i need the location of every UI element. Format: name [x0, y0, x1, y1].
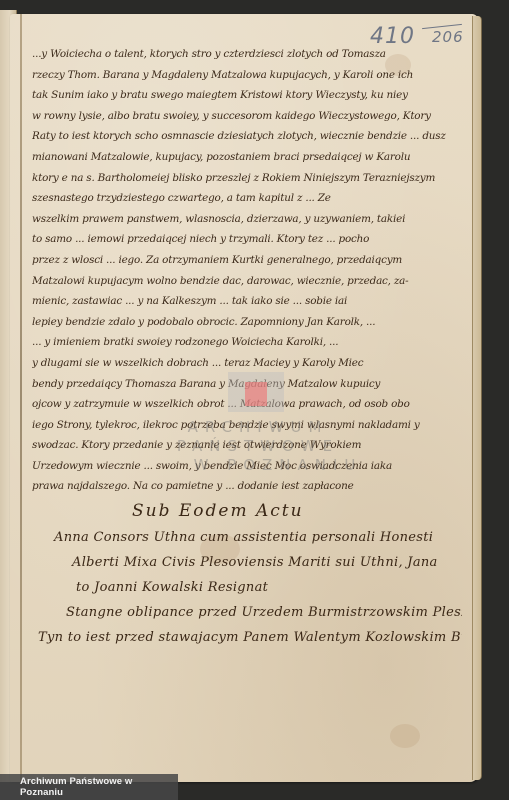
text-line: mienic, zastawiac ... y na Kalkeszym ...… — [32, 291, 462, 312]
text-line: mianowani Matzalowie, kupujacy, pozostan… — [32, 147, 462, 168]
entry-block: Anna Consors Uthna cum assistentia perso… — [32, 525, 462, 650]
text-line: lepiey bendzie zdalo y podobalo obrocic.… — [32, 312, 462, 333]
text-line: y dlugami sie w wszelkich dobrach ... te… — [32, 353, 462, 374]
text-line: Matzalowi kupujacym wolno bendzie dac, d… — [32, 271, 462, 292]
text-line: szesnastego trzydziestego czwartego, a t… — [32, 188, 462, 209]
text-line: iego Strony, tylekroc, ilekroc potrzeba … — [32, 415, 462, 436]
archive-credit-bar: Archiwum Państwowe w Poznaniu — [0, 774, 178, 800]
document-viewer: 410 206 ...y Woiciecha o talent, ktorych… — [0, 0, 509, 800]
entry-line: Tyn to iest przed stawajacym Panem Walen… — [32, 625, 462, 650]
text-line: to samo ... iemowi przedaiqcej niech y t… — [32, 229, 462, 250]
text-line: wszelkim prawem panstwem, wlasnoscia, dz… — [32, 209, 462, 230]
entry-line: Anna Consors Uthna cum assistentia perso… — [32, 525, 462, 550]
text-line: Raty to iest ktorych scho osmnascie dzie… — [32, 126, 462, 147]
text-line: tak Sunim iako y bratu swego maiegtem Kr… — [32, 85, 462, 106]
section-heading: Sub Eodem Actu — [32, 497, 462, 525]
text-line: rzeczy Thom. Barana y Magdaleny Matzalow… — [32, 65, 462, 86]
text-line: swodzac. Ktory przedanie y zeznanie iest… — [32, 435, 462, 456]
paper-stain — [390, 724, 420, 748]
viewer-position-marker[interactable] — [245, 382, 267, 406]
text-line: ... y imieniem bratki swoiey rodzonego W… — [32, 332, 462, 353]
text-line: ...y Woiciecha o talent, ktorych stro y … — [32, 44, 462, 65]
text-line: ktory e na s. Bartholomeiej blisko przes… — [32, 168, 462, 189]
entry-line: to Joanni Kowalski Resignat — [32, 575, 462, 600]
page-stack-edge — [472, 16, 482, 780]
text-line: prawa najdalszego. Na co pamietne y ... … — [32, 476, 462, 497]
text-line: przez z wlosci ... iego. Za otrzymaniem … — [32, 250, 462, 271]
binding-gutter — [20, 14, 22, 782]
text-line: w rowny lysie, albo bratu swoiey, y succ… — [32, 106, 462, 127]
entry-line: Alberti Mixa Civis Plesoviensis Mariti s… — [32, 550, 462, 575]
manuscript-text: ...y Woiciecha o talent, ktorych stro y … — [32, 44, 462, 650]
entry-line: Stangne oblipance przed Urzedem Burmistr… — [32, 600, 462, 625]
archive-credit-label: Archiwum Państwowe w Poznaniu — [0, 776, 178, 798]
text-line: Urzedowym wiecznie ... swoim, y bendzie … — [32, 456, 462, 477]
